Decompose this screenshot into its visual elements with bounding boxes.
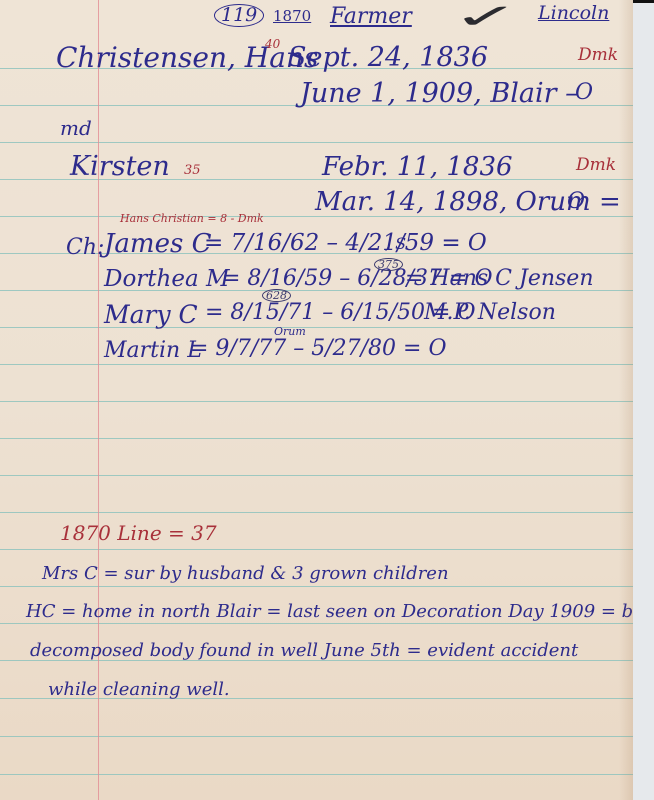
children-label: Ch: — [66, 237, 104, 259]
child-spouse: = Hans C Jensen — [405, 268, 594, 290]
head-death: June 1, 1909, Blair – — [300, 80, 579, 107]
note-line: Mrs C = sur by husband & 3 grown childre… — [42, 565, 449, 583]
census-year: 1870 — [273, 9, 311, 24]
spouse-age-annotation: 35 — [184, 164, 201, 177]
rule-line — [0, 364, 633, 365]
child-circled-number: 375 — [374, 258, 403, 271]
rule-line — [0, 327, 633, 328]
head-age-annotation: 40 — [265, 38, 280, 50]
rule-line — [0, 438, 633, 439]
census-line-note: 1870 Line = 37 — [60, 523, 217, 543]
census-year-text: 1870 — [273, 7, 311, 25]
rule-line — [0, 623, 633, 624]
child-circled-number: 628 — [262, 289, 291, 302]
child-name: Dorthea M — [104, 268, 230, 291]
scan-edge — [633, 0, 654, 3]
rule-line — [0, 142, 633, 143]
rule-line — [0, 512, 633, 513]
child-name: Mary C — [104, 302, 198, 327]
child-dates: = 7/16/62 – 4/21/59 = O — [204, 232, 487, 255]
rule-line — [0, 736, 633, 737]
rule-line — [0, 774, 633, 775]
child-name: Martin L — [104, 340, 202, 362]
head-death-mark: O — [575, 82, 593, 104]
rule-line — [0, 401, 633, 402]
place: Lincoln — [538, 4, 609, 23]
spouse-birth: Febr. 11, 1836 — [322, 154, 513, 180]
spouse-death-mark: O — [567, 191, 585, 213]
rule-line — [0, 586, 633, 587]
children-annotation: Hans Christian = 8 - Dmk — [120, 213, 264, 224]
child-dates: = 9/7/77 – 5/27/80 = O — [190, 338, 447, 360]
head-birth-place: Dmk — [578, 47, 618, 64]
child-spouse: M.P. Nelson — [424, 302, 556, 324]
note-line: decomposed body found in well June 5th =… — [30, 642, 578, 660]
notebook-page: 119 1870 Farmer ✓ Lincoln Christensen, H… — [0, 0, 633, 800]
note-line: while cleaning well. — [48, 681, 230, 699]
marriage-label: md — [60, 118, 92, 138]
rule-line — [0, 549, 633, 550]
head-birth: Sept. 24, 1836 — [288, 44, 488, 71]
note-line: HC = home in north Blair = last seen on … — [26, 603, 633, 621]
check-mark-icon: ✓ — [452, 0, 520, 34]
spouse-birth-place: Dmk — [576, 157, 616, 174]
child-name: James C — [104, 231, 211, 257]
occupation: Farmer — [330, 6, 412, 28]
rule-line — [0, 475, 633, 476]
spouse-name: Kirsten — [70, 153, 170, 180]
child-note: , S — [385, 236, 406, 252]
record-number: 119 — [214, 4, 264, 27]
